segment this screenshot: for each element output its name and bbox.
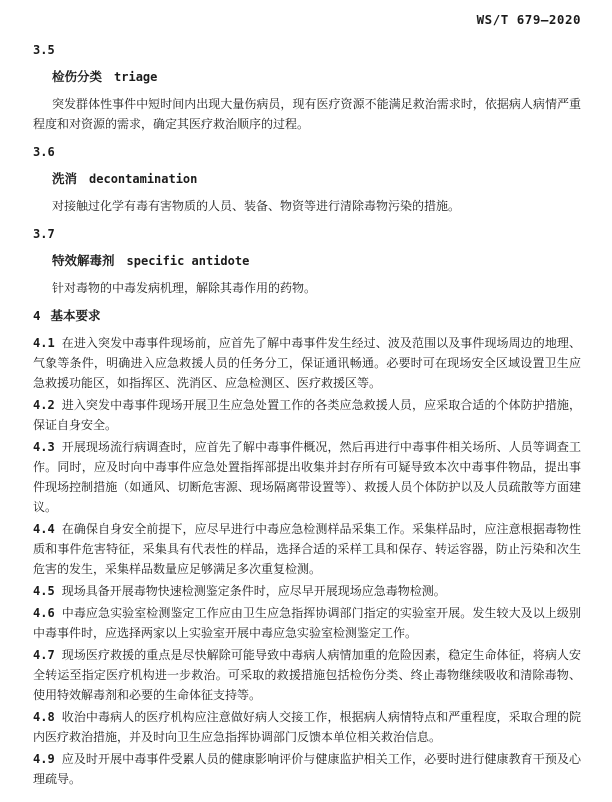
clause-number: 4.6 — [33, 606, 55, 620]
clause-text: 在确保自身安全前提下，应尽早进行中毒应急检测样品采集工作。采集样品时，应注意根据… — [33, 522, 581, 576]
term-section-3-7: 3.7 特效解毒剂specific antidote 针对毒物的中毒发病机理，解… — [33, 224, 581, 298]
page-header: WS/T 679—2020 — [33, 13, 581, 27]
clause-text: 中毒应急实验室检测鉴定工作应由卫生应急指挥协调部门指定的实验室开展。发生较大及以… — [33, 606, 581, 640]
clause-number: 4.9 — [33, 752, 55, 766]
term-zh: 洗消 — [52, 172, 77, 186]
term-heading: 特效解毒剂specific antidote — [33, 251, 581, 271]
clause-4-5: 4.5现场具备开展毒物快速检测鉴定条件时，应尽早开展现场应急毒物检测。 — [33, 581, 581, 601]
term-definition: 对接触过化学有毒有害物质的人员、装备、物资等进行清除毒物污染的措施。 — [33, 196, 581, 216]
clause-text: 开展现场流行病调查时，应首先了解中毒事件概况，然后再进行中毒事件相关场所、人员等… — [33, 440, 581, 514]
clause-4-2: 4.2进入突发中毒事件现场开展卫生应急处置工作的各类应急救援人员，应采取合适的个… — [33, 395, 581, 435]
clause-number: 4.8 — [33, 710, 55, 724]
clause-number: 4.7 — [33, 648, 55, 662]
term-number: 3.6 — [33, 142, 581, 162]
standard-code: WS/T 679—2020 — [477, 12, 581, 27]
clause-4-3: 4.3开展现场流行病调查时，应首先了解中毒事件概况，然后再进行中毒事件相关场所、… — [33, 437, 581, 517]
clause-number: 4.4 — [33, 522, 55, 536]
term-heading: 检伤分类triage — [33, 67, 581, 87]
clause-number: 4.3 — [33, 440, 55, 454]
clause-number: 4.5 — [33, 584, 55, 598]
chapter-4: 4基本要求 4.1在进入突发中毒事件现场前，应首先了解中毒事件发生经过、波及范围… — [33, 306, 581, 789]
clause-text: 现场医疗救援的重点是尽快解除可能导致中毒病人病情加重的危险因素，稳定生命体征，将… — [33, 648, 581, 702]
clause-text: 应及时开展中毒事件受累人员的健康影响评价与健康监护相关工作，必要时进行健康教育干… — [33, 752, 581, 786]
clause-text: 收治中毒病人的医疗机构应注意做好病人交接工作，根据病人病情特点和严重程度，采取合… — [33, 710, 581, 744]
term-section-3-5: 3.5 检伤分类triage 突发群体性事件中短时间内出现大量伤病员，现有医疗资… — [33, 40, 581, 134]
term-section-3-6: 3.6 洗消decontamination 对接触过化学有毒有害物质的人员、装备… — [33, 142, 581, 216]
clause-text: 进入突发中毒事件现场开展卫生应急处置工作的各类应急救援人员，应采取合适的个体防护… — [33, 398, 581, 432]
chapter-title: 基本要求 — [51, 309, 101, 323]
term-en: decontamination — [89, 172, 197, 186]
clause-4-4: 4.4在确保自身安全前提下，应尽早进行中毒应急检测样品采集工作。采集样品时，应注… — [33, 519, 581, 579]
clause-number: 4.2 — [33, 398, 55, 412]
term-number: 3.7 — [33, 224, 581, 244]
clause-4-6: 4.6中毒应急实验室检测鉴定工作应由卫生应急指挥协调部门指定的实验室开展。发生较… — [33, 603, 581, 643]
term-en: triage — [114, 70, 157, 84]
clause-number: 4.1 — [33, 336, 55, 350]
term-definition: 针对毒物的中毒发病机理，解除其毒作用的药物。 — [33, 278, 581, 298]
term-definition: 突发群体性事件中短时间内出现大量伤病员，现有医疗资源不能满足救治需求时，依据病人… — [33, 94, 581, 134]
clause-4-7: 4.7现场医疗救援的重点是尽快解除可能导致中毒病人病情加重的危险因素，稳定生命体… — [33, 645, 581, 705]
clause-text: 在进入突发中毒事件现场前，应首先了解中毒事件发生经过、波及范围以及事件现场周边的… — [33, 336, 581, 390]
document-page: WS/T 679—2020 3.5 检伤分类triage 突发群体性事件中短时间… — [0, 0, 612, 802]
clause-4-1: 4.1在进入突发中毒事件现场前，应首先了解中毒事件发生经过、波及范围以及事件现场… — [33, 333, 581, 393]
clause-4-8: 4.8收治中毒病人的医疗机构应注意做好病人交接工作，根据病人病情特点和严重程度，… — [33, 707, 581, 747]
chapter-heading: 4基本要求 — [33, 306, 581, 326]
term-zh: 特效解毒剂 — [52, 254, 115, 268]
term-en: specific antidote — [127, 254, 250, 268]
term-number: 3.5 — [33, 40, 581, 60]
chapter-number: 4 — [33, 308, 41, 323]
term-zh: 检伤分类 — [52, 70, 102, 84]
clause-4-9: 4.9应及时开展中毒事件受累人员的健康影响评价与健康监护相关工作，必要时进行健康… — [33, 749, 581, 789]
clause-text: 现场具备开展毒物快速检测鉴定条件时，应尽早开展现场应急毒物检测。 — [62, 584, 446, 598]
term-heading: 洗消decontamination — [33, 169, 581, 189]
